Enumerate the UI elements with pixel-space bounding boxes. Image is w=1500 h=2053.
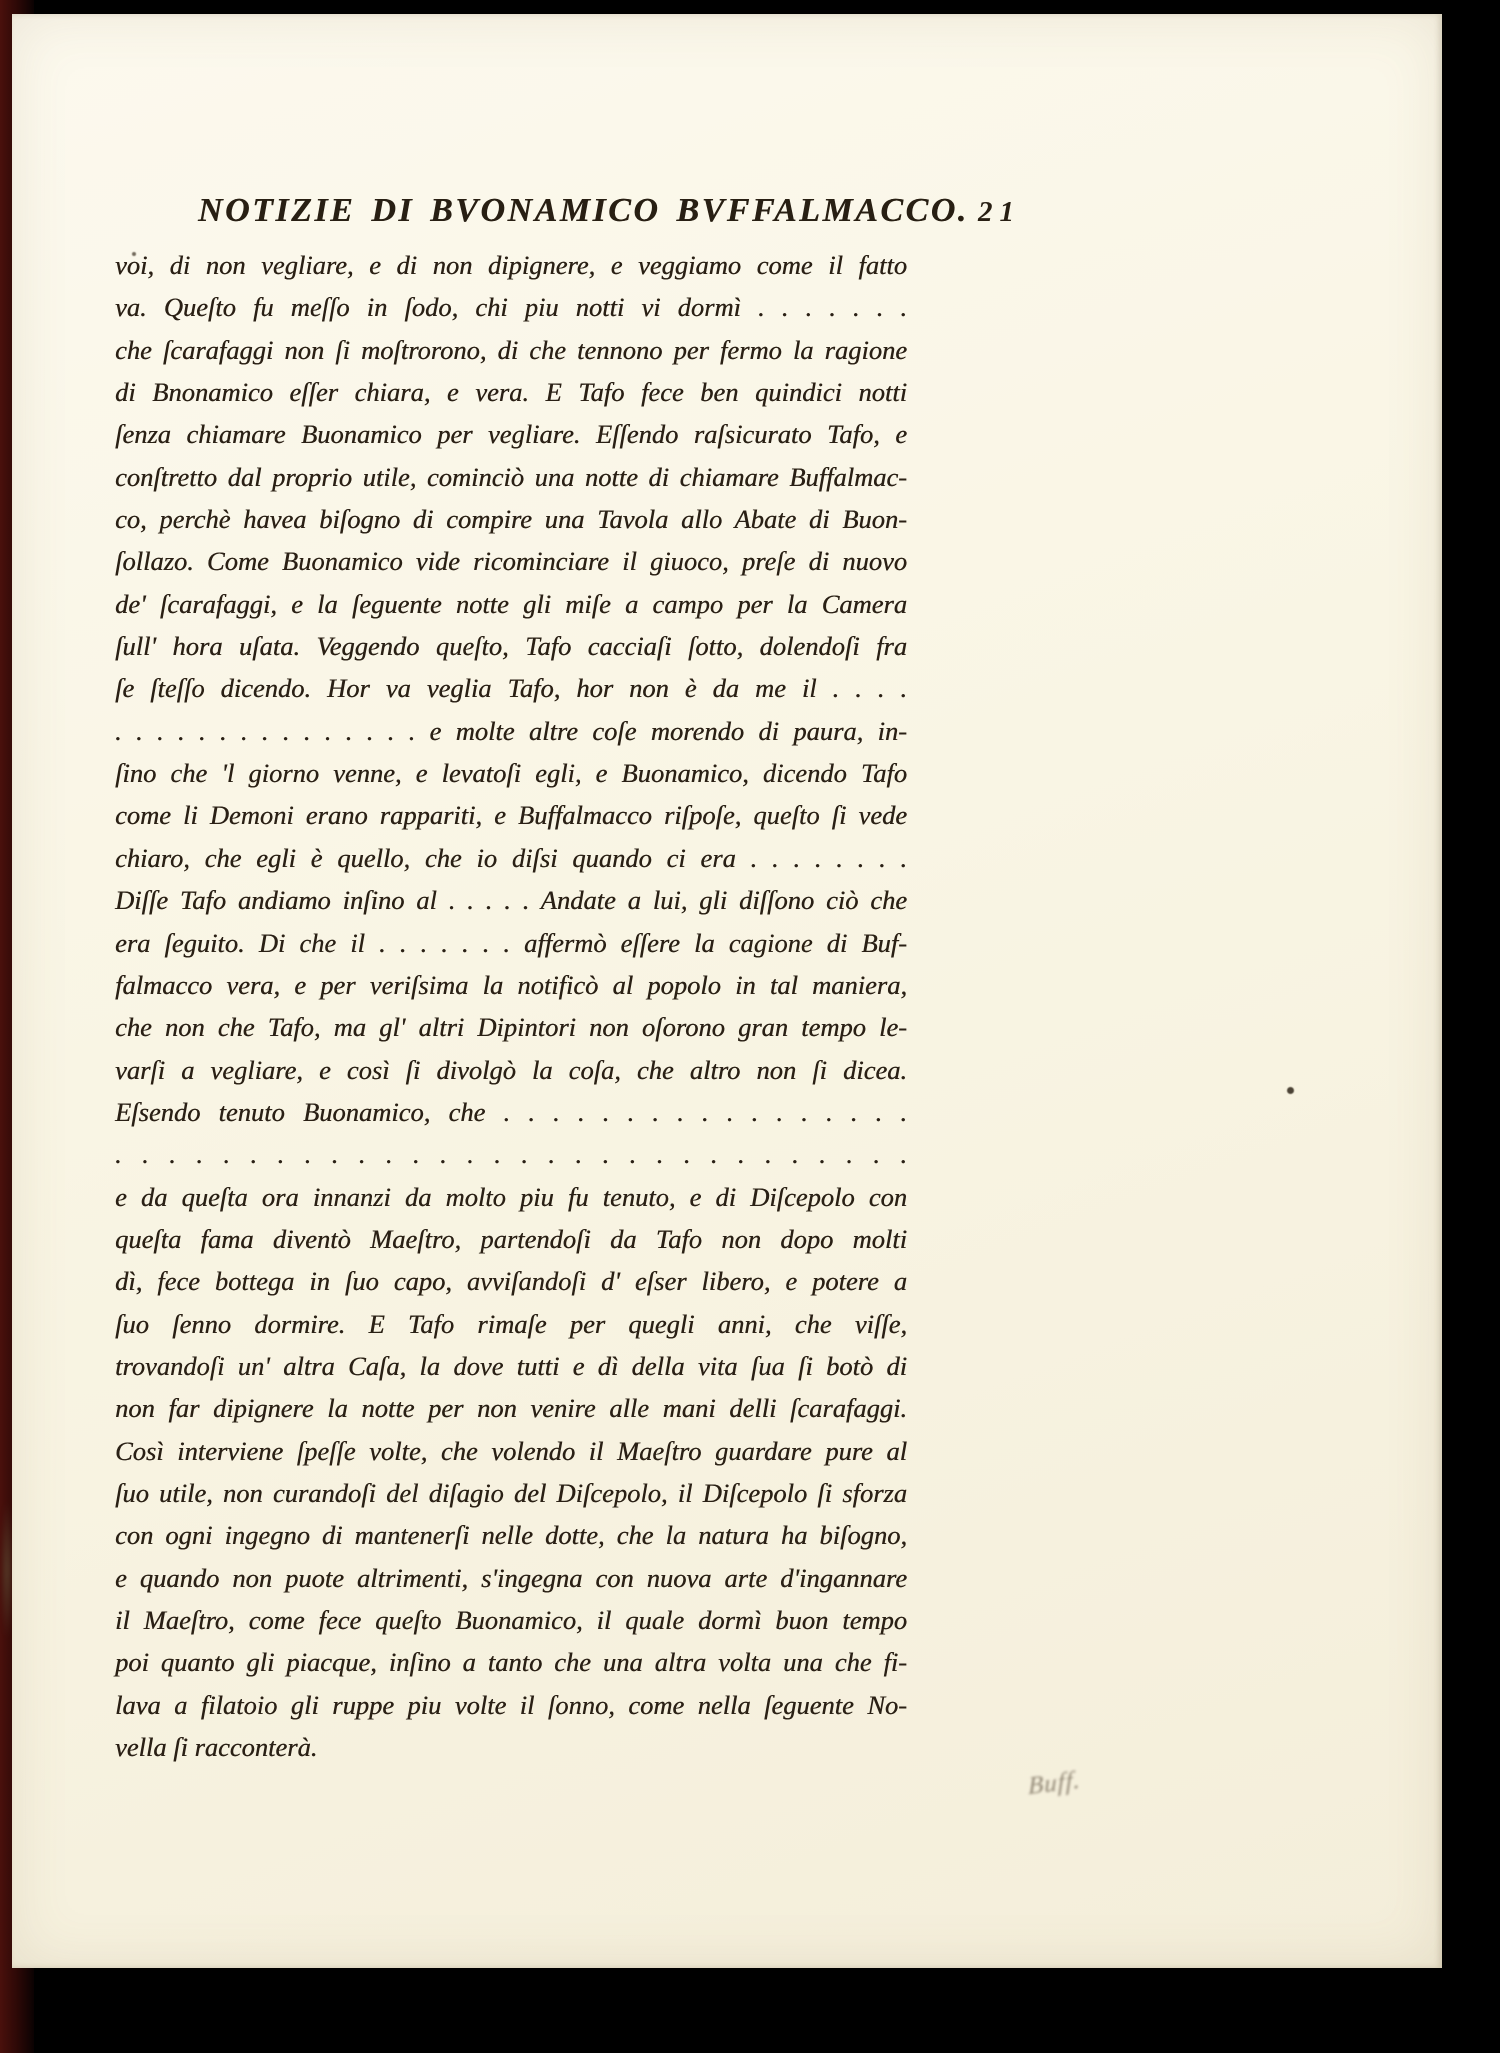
text-line: dì, fece bottega in ſuo capo, avviſandoſ… bbox=[115, 1260, 907, 1302]
text-line: come li Demoni erano rappariti, e Buffal… bbox=[115, 794, 907, 836]
text-line: . . . . . . . . . . . . . . . e molte al… bbox=[115, 710, 907, 752]
catchword-smudge: Buff. bbox=[1028, 1767, 1081, 1802]
text-line: voi, di non vegliare, e di non dipignere… bbox=[115, 244, 907, 286]
ink-speck bbox=[1287, 1087, 1294, 1094]
text-line: e da queſta ora innanzi da molto piu fu … bbox=[115, 1176, 907, 1218]
text-line: ſuo utile, non curandoſi del diſagio del… bbox=[115, 1472, 907, 1514]
text-line: era ſeguito. Di che il . . . . . . . aff… bbox=[115, 922, 907, 964]
body-text: voi, di non vegliare, e di non dipignere… bbox=[115, 244, 907, 1768]
text-line: lava a filatoio gli ruppe piu volte il ſ… bbox=[115, 1684, 907, 1726]
text-line: Così interviene ſpeſſe volte, che volend… bbox=[115, 1430, 907, 1472]
text-line: ſull' hora uſata. Veggendo queſto, Tafo … bbox=[115, 625, 907, 667]
text-line: ſollazo. Come Buonamico vide ricominciar… bbox=[115, 540, 907, 582]
text-line: vella ſi racconterà. bbox=[115, 1726, 907, 1768]
text-line: falmacco vera, e per veriſsima la notifi… bbox=[115, 964, 907, 1006]
text-line: Diſſe Tafo andiamo inſino al . . . . . A… bbox=[115, 879, 907, 921]
text-line: ſuo ſenno dormire. E Tafo rimaſe per que… bbox=[115, 1303, 907, 1345]
text-line: e quando non puote altrimenti, s'ingegna… bbox=[115, 1557, 907, 1599]
text-line: di Bnonamico eſſer chiara, e vera. E Taf… bbox=[115, 371, 907, 413]
text-line: conſtretto dal proprio utile, cominciò u… bbox=[115, 456, 907, 498]
text-line: chiaro, che egli è quello, che io diſsi … bbox=[115, 837, 907, 879]
text-line: non far dipignere la notte per non venir… bbox=[115, 1387, 907, 1429]
text-line: ſenza chiamare Buonamico per vegliare. E… bbox=[115, 413, 907, 455]
text-line: trovandoſi un' altra Caſa, la dove tutti… bbox=[115, 1345, 907, 1387]
text-line: queſta fama diventò Maeſtro, partendoſi … bbox=[115, 1218, 907, 1260]
text-line: che ſcarafaggi non ſi moſtrorono, di che… bbox=[115, 329, 907, 371]
text-line: varſi a vegliare, e così ſi divolgò la c… bbox=[115, 1049, 907, 1091]
text-line: . . . . . . . . . . . . . . . . . . . . … bbox=[115, 1133, 907, 1175]
header-title: NOTIZIE DI BVONAMICO BVFFALMACCO. bbox=[198, 192, 969, 230]
text-line: Eſsendo tenuto Buonamico, che . . . . . … bbox=[115, 1091, 907, 1133]
scanned-book-page: { "page": { "header": { "title": "NOTIZI… bbox=[0, 0, 1500, 2053]
page-paper: NOTIZIE DI BVONAMICO BVFFALMACCO. 21 voi… bbox=[12, 14, 1442, 1968]
page-number: 21 bbox=[978, 196, 1021, 229]
ink-speck bbox=[132, 252, 136, 256]
text-line: che non che Tafo, ma gl' altri Dipintori… bbox=[115, 1006, 907, 1048]
text-line: il Maeſtro, come fece queſto Buonamico, … bbox=[115, 1599, 907, 1641]
text-line: de' ſcarafaggi, e la ſeguente notte gli … bbox=[115, 583, 907, 625]
text-line: ſe ſteſſo dicendo. Hor va veglia Tafo, h… bbox=[115, 667, 907, 709]
text-line: ſino che 'l giorno venne, e levatoſi egl… bbox=[115, 752, 907, 794]
text-line: poi quanto gli piacque, inſino a tanto c… bbox=[115, 1641, 907, 1683]
text-line: co, perchè havea biſogno di compire una … bbox=[115, 498, 907, 540]
text-line: con ogni ingegno di mantenerſi nelle dot… bbox=[115, 1514, 907, 1556]
text-line: va. Queſto fu meſſo in ſodo, chi piu not… bbox=[115, 286, 907, 328]
running-header: NOTIZIE DI BVONAMICO BVFFALMACCO. 21 bbox=[12, 192, 1442, 238]
